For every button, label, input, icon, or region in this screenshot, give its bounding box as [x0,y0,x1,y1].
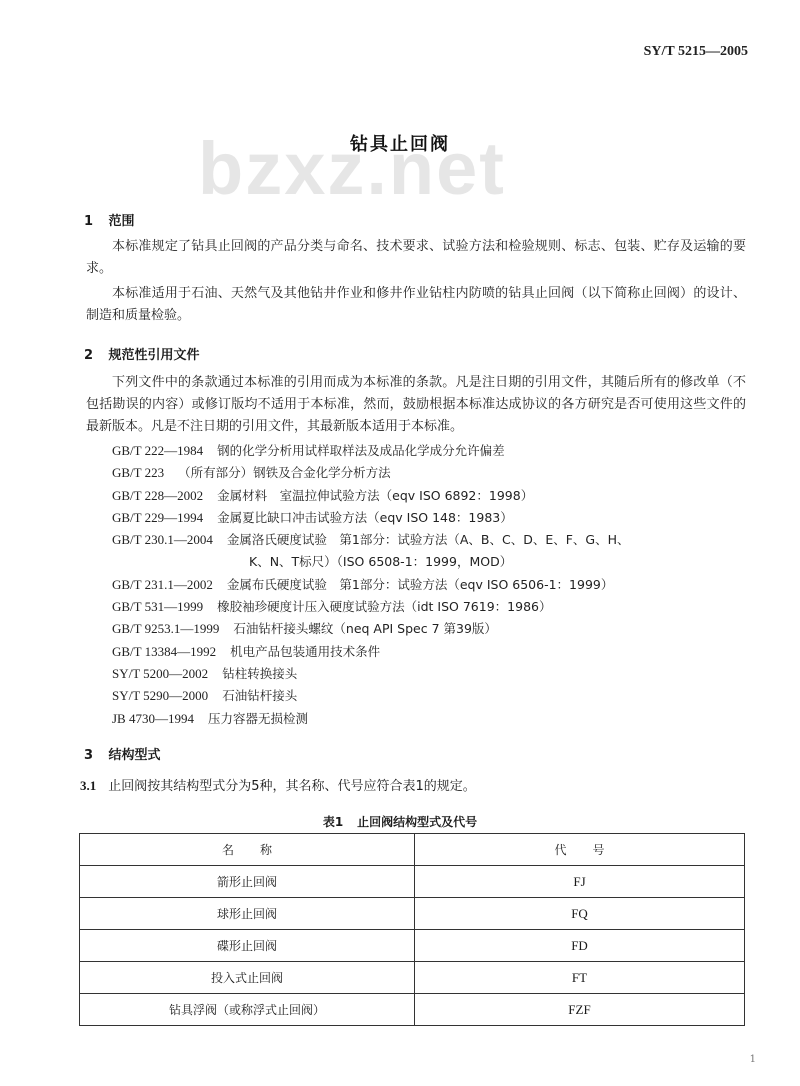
reference-title: 金属布氏硬度试验 第1部分：试验方法（eqv ISO 6506-1：1999） [227,574,613,596]
section-title: 结构型式 [109,748,161,763]
reference-item: GB/T 230.1—2004金属洛氏硬度试验 第1部分：试验方法（A、B、C、… [112,529,752,551]
valve-code: FD [415,930,745,962]
page-number: 1 [750,1054,756,1065]
reference-item: GB/T 228—2002金属材料 室温拉伸试验方法（eqv ISO 6892：… [112,485,752,507]
table-header-row: 名称 代号 [80,834,745,866]
table-1-valve-types: 名称 代号 箭形止回阀FJ 球形止回阀FQ 碟形止回阀FD 投入式止回阀FT 钻… [79,833,745,1026]
reference-item: GB/T 9253.1—1999石油钻杆接头螺纹（neq API Spec 7 … [112,618,752,640]
section-2-heading: 2 规范性引用文件 [84,344,200,363]
reference-item-continuation: K、N、T标尺）（ISO 6508-1：1999，MOD） [112,551,752,573]
section-3-heading: 3 结构型式 [84,744,161,763]
reference-title: 金属材料 室温拉伸试验方法（eqv ISO 6892：1998） [217,485,533,507]
reference-code: GB/T 223 [112,462,164,484]
reference-item: GB/T 231.1—2002金属布氏硬度试验 第1部分：试验方法（eqv IS… [112,574,752,596]
valve-name: 钻具浮阀（或称浮式止回阀） [80,994,415,1026]
section-2-paragraph: 下列文件中的条款通过本标准的引用而成为本标准的条款。凡是注日期的引用文件，其随后… [86,372,746,438]
reference-code: GB/T 9253.1—1999 [112,618,219,640]
valve-name: 箭形止回阀 [80,866,415,898]
table-row: 钻具浮阀（或称浮式止回阀）FZF [80,994,745,1026]
reference-code: SY/T 5200—2002 [112,663,208,685]
reference-item: SY/T 5290—2000石油钻杆接头 [112,685,752,707]
reference-item: GB/T 13384—1992机电产品包装通用技术条件 [112,641,752,663]
section-title: 规范性引用文件 [109,348,200,363]
reference-item: JB 4730—1994压力容器无损检测 [112,708,752,730]
reference-code: GB/T 228—2002 [112,485,203,507]
column-header-name: 名称 [80,834,415,866]
reference-title: 石油钻杆接头螺纹（neq API Spec 7 第39版） [233,618,497,640]
reference-item: GB/T 531—1999橡胶袖珍硬度计压入硬度试验方法（idt ISO 761… [112,596,752,618]
reference-code: JB 4730—1994 [112,708,194,730]
section-number: 1 [84,214,104,229]
section-1-heading: 1 范围 [84,210,135,229]
section-title: 范围 [109,214,135,229]
reference-item: GB/T 229—1994金属夏比缺口冲击试验方法（eqv ISO 148：19… [112,507,752,529]
reference-title: 钢的化学分析用试样取样法及成品化学成分允许偏差 [217,440,505,462]
column-header-code: 代号 [415,834,745,866]
valve-code: FT [415,962,745,994]
valve-code: FQ [415,898,745,930]
table-row: 碟形止回阀FD [80,930,745,962]
section-number: 3 [84,748,104,763]
reference-code: GB/T 230.1—2004 [112,529,213,551]
clause-3-1: 3.1止回阀按其结构型式分为5种，其名称、代号应符合表1的规定。 [80,775,476,794]
reference-code: GB/T 531—1999 [112,596,203,618]
table-label: 表1 [323,815,343,829]
reference-title: 金属夏比缺口冲击试验方法（eqv ISO 148：1983） [217,507,513,529]
valve-name: 球形止回阀 [80,898,415,930]
table-caption: 表1止回阀结构型式及代号 [0,813,800,830]
valve-code: FZF [415,994,745,1026]
reference-item: SY/T 5200—2002钻柱转换接头 [112,663,752,685]
reference-title: 金属洛氏硬度试验 第1部分：试验方法（A、B、C、D、E、F、G、H、 [227,529,630,551]
clause-number: 3.1 [80,778,96,793]
standard-code: SY/T 5215—2005 [644,44,748,60]
reference-title: 机电产品包装通用技术条件 [230,641,380,663]
reference-title: 石油钻杆接头 [222,685,297,707]
reference-title: 钻柱转换接头 [222,663,297,685]
reference-item: GB/T 222—1984钢的化学分析用试样取样法及成品化学成分允许偏差 [112,440,752,462]
table-row: 球形止回阀FQ [80,898,745,930]
table-row: 投入式止回阀FT [80,962,745,994]
section-1-paragraph-2: 本标准适用于石油、天然气及其他钻井作业和修井作业钻柱内防喷的钻具止回阀（以下简称… [86,283,746,327]
reference-code: GB/T 231.1—2002 [112,574,213,596]
valve-code: FJ [415,866,745,898]
table-caption-text: 止回阀结构型式及代号 [357,815,477,829]
table-row: 箭形止回阀FJ [80,866,745,898]
reference-title: 压力容器无损检测 [208,708,308,730]
reference-title-continuation: K、N、T标尺）（ISO 6508-1：1999，MOD） [112,551,512,573]
clause-text: 止回阀按其结构型式分为5种，其名称、代号应符合表1的规定。 [108,779,476,794]
reference-code: GB/T 229—1994 [112,507,203,529]
valve-name: 碟形止回阀 [80,930,415,962]
reference-title: 橡胶袖珍硬度计压入硬度试验方法（idt ISO 7619：1986） [217,596,551,618]
section-1-paragraph-1: 本标准规定了钻具止回阀的产品分类与命名、技术要求、试验方法和检验规则、标志、包装… [86,236,746,280]
reference-code: GB/T 222—1984 [112,440,203,462]
reference-item: GB/T 223（所有部分）钢铁及合金化学分析方法 [112,462,752,484]
normative-references-list: GB/T 222—1984钢的化学分析用试样取样法及成品化学成分允许偏差 GB/… [112,440,752,730]
reference-code: SY/T 5290—2000 [112,685,208,707]
reference-title: （所有部分）钢铁及合金化学分析方法 [178,462,391,484]
valve-name: 投入式止回阀 [80,962,415,994]
section-number: 2 [84,348,104,363]
reference-code: GB/T 13384—1992 [112,641,216,663]
document-title: 钻具止回阀 [0,130,800,156]
